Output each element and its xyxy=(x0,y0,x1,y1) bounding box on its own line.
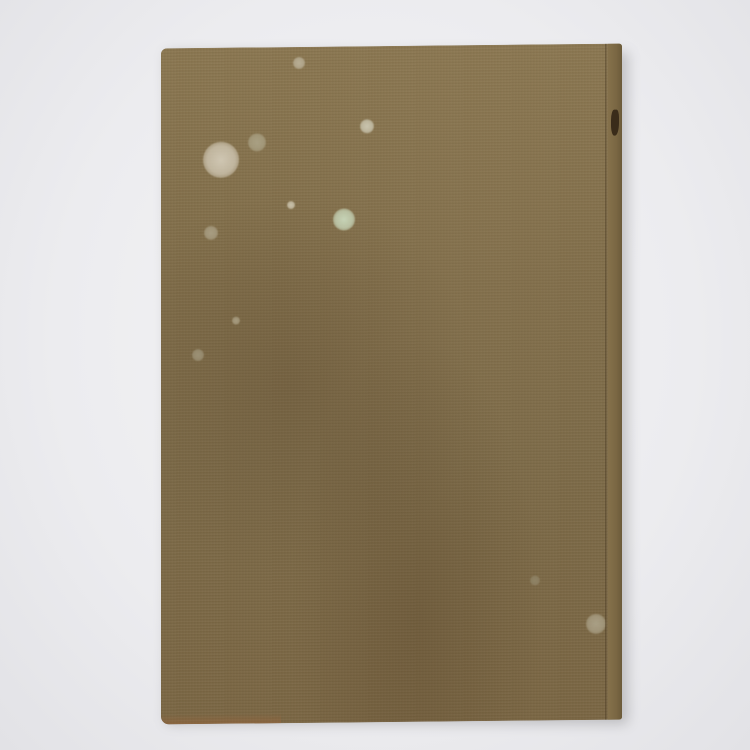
water-stain xyxy=(232,317,240,325)
water-stain xyxy=(203,142,239,178)
water-stain xyxy=(248,133,266,151)
water-stain xyxy=(204,226,218,240)
water-stain xyxy=(293,57,305,69)
water-stain xyxy=(586,614,606,634)
water-stain xyxy=(192,349,204,361)
water-stain xyxy=(360,119,374,133)
spine-tear xyxy=(611,110,619,136)
water-stain xyxy=(333,208,355,230)
book-back-cover xyxy=(161,44,622,725)
water-stain xyxy=(287,201,295,209)
worn-bottom-edge xyxy=(161,713,281,724)
book-spine xyxy=(608,44,622,720)
water-stain xyxy=(530,575,540,585)
